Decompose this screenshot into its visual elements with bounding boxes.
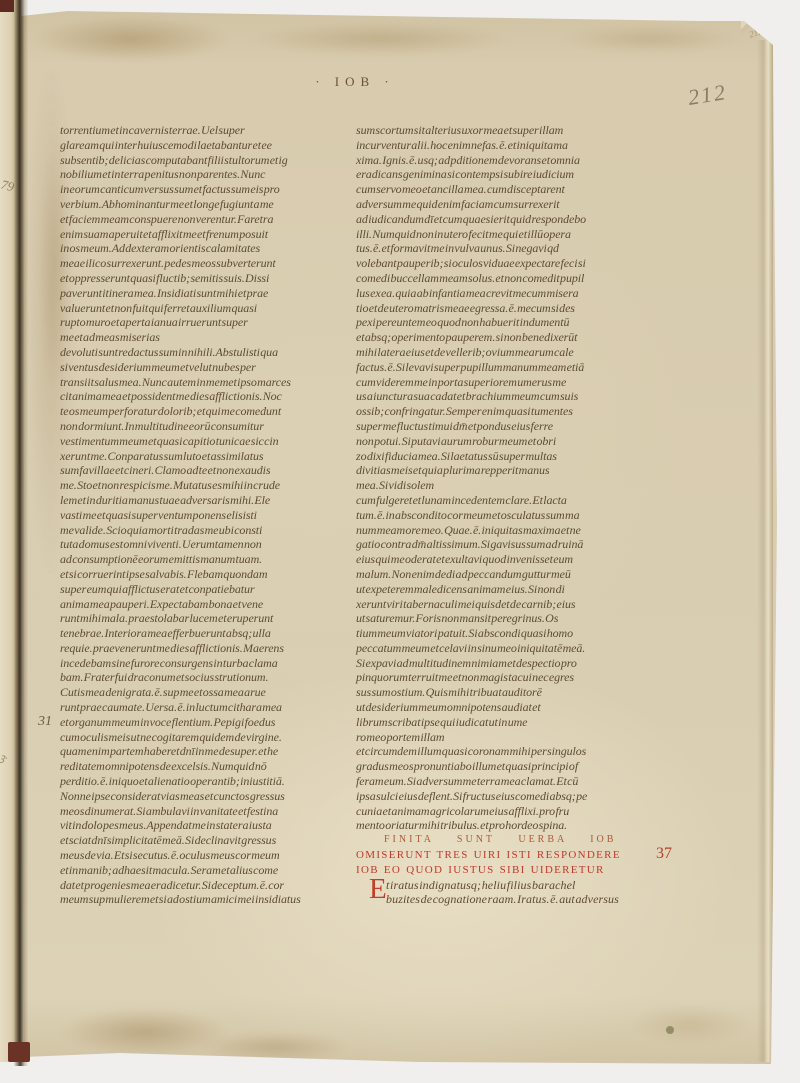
manuscript-text-line: vit in dolo pes meus. Appendat me in sta… bbox=[60, 818, 348, 833]
manuscript-text-line: valuerunt et non fuit qui ferret auxiliu… bbox=[60, 301, 348, 316]
manuscript-text-line: cit anima mea et possident me dies affli… bbox=[60, 389, 348, 404]
manuscript-page: · IOB · 212 212 31 37 torrentium et in c… bbox=[0, 0, 800, 1083]
explicit-line: FINITA SUNT UERBA IOB bbox=[356, 833, 652, 848]
manuscript-text-line: super eum qui afflictus erat et conpatie… bbox=[60, 582, 348, 597]
manuscript-text-line: meus de via. Et si secutus. ē. oculus me… bbox=[60, 848, 348, 863]
rubric-line: OMISERUNT TRES UIRI ISTI RESPONDERE bbox=[356, 848, 652, 863]
parchment-stain bbox=[200, 1032, 350, 1062]
manuscript-text-line: meos dinumerat. Si ambulavi in vanitate … bbox=[60, 804, 348, 819]
manuscript-text-line: incurventur alii. hoc enim nefas. ē. et … bbox=[356, 138, 652, 153]
manuscript-text-line: xima. Ignis. ē. usq; ad pditionem devora… bbox=[356, 153, 652, 168]
manuscript-text-line: xerunt viri tabernaculi mei quis det de … bbox=[356, 597, 652, 612]
parchment-stain bbox=[560, 24, 740, 54]
manuscript-text-line: et oppresserunt quasi fluctib; semitis s… bbox=[60, 271, 348, 286]
manuscript-text-line: ipsa sulci eius deflent. Si fructus eius… bbox=[356, 789, 652, 804]
manuscript-text-line: et faciem meam conspuere non verentur. F… bbox=[60, 212, 348, 227]
page-edge-stack bbox=[757, 40, 773, 1062]
text-column-right-body: sum scortum sit alterius uxor mea et sup… bbox=[356, 123, 652, 833]
manuscript-text-line: cum fulgeret et lunam incedentem clare. … bbox=[356, 493, 652, 508]
manuscript-text-line: buzites de cognatione raam. Iratus. ē. a… bbox=[386, 892, 652, 907]
manuscript-text-line: mento oriatur mihi tribulus. et pro hord… bbox=[356, 818, 652, 833]
running-title: · IOB · bbox=[255, 74, 455, 90]
book-spine-top bbox=[0, 0, 14, 12]
manuscript-text-line: ad consumptionē eorum emittis manum tuam… bbox=[60, 552, 348, 567]
manuscript-text-line: me valide. Scio quia morti tradas me ubi… bbox=[60, 523, 348, 538]
manuscript-text-line: cum oculis meis ut ne cogitarem quidem d… bbox=[60, 730, 348, 745]
manuscript-text-line: subsentib; delicias computabant filii st… bbox=[60, 153, 348, 168]
manuscript-text-line: transiit salus mea. Nunc autem in memet … bbox=[60, 375, 348, 390]
manuscript-text-line: tus. ē. et formavit me in vulva unus. Si… bbox=[356, 241, 652, 256]
manuscript-text-line: bam. Frater fui draconum et socius strut… bbox=[60, 670, 348, 685]
manuscript-text-line: sum favillae et cineri. Clamo ad te et n… bbox=[60, 463, 348, 478]
manuscript-text-line: te os meum perforatur dolorib; et qui me… bbox=[60, 404, 348, 419]
manuscript-text-line: us a iunctura sua cadat et brachium meum… bbox=[356, 389, 652, 404]
manuscript-text-line: comedi buccellam meam solus. et non come… bbox=[356, 271, 652, 286]
manuscript-text-line: devoluti sunt redactus sum in nihili. Ab… bbox=[60, 345, 348, 360]
manuscript-text-line: ut expeterem maledicens animam eius. Si … bbox=[356, 582, 652, 597]
manuscript-text-line: adversum me quid enim faciam cum surrexe… bbox=[356, 197, 652, 212]
book-spine-bottom bbox=[8, 1042, 30, 1062]
manuscript-text-line: meae ilico surrexerunt. pedes meos subve… bbox=[60, 256, 348, 271]
manuscript-text-line: et absq; operimento pauperem. si non ben… bbox=[356, 330, 652, 345]
manuscript-text-line: dat et progenies mea eradicetur. Si dece… bbox=[60, 878, 348, 893]
manuscript-text-line: num meam ore meo. Quae. ē. iniquitas max… bbox=[356, 523, 652, 538]
manuscript-text-line: xerunt me. Conparatus sum luto et assimi… bbox=[60, 449, 348, 464]
gutter-shadow bbox=[14, 0, 28, 1066]
manuscript-text-line: vestimentum meum et quasi capitio tunica… bbox=[60, 434, 348, 449]
manuscript-text-line: illi. Numquid non in utero fecit me qui … bbox=[356, 227, 652, 242]
manuscript-text-line: me. Sto et non respicis me. Mutatus es m… bbox=[60, 478, 348, 493]
manuscript-photo: 79 ꝫ· · IOB · 212 212 31 37 torrentium e… bbox=[0, 0, 800, 1083]
rubric-line: IOB EO QUOD IUSTUS SIBI UIDERETUR bbox=[356, 863, 652, 878]
incipit-lines: t iratus indignatusq; heliu filius barac… bbox=[386, 878, 652, 908]
manuscript-text-line: Cutis mea denigrata. ē. sup me et ossa m… bbox=[60, 685, 348, 700]
manuscript-text-line: factus. ē. Si levavi super pupillum manu… bbox=[356, 360, 652, 375]
manuscript-text-line: ut desiderium meum omnipotens audiat et bbox=[356, 700, 652, 715]
manuscript-text-line: runt mihi mala. praestolabar lucem et er… bbox=[60, 611, 348, 626]
manuscript-text-line: mea. Si vidi solem bbox=[356, 478, 652, 493]
manuscript-text-line: si ventus desiderium meum et velut nubes… bbox=[60, 360, 348, 375]
manuscript-text-line: requie. praevenerunt me dies afflictioni… bbox=[60, 641, 348, 656]
manuscript-text-line: nobilium et in terra penitus non parente… bbox=[60, 167, 348, 182]
manuscript-text-line: paverunt itinera mea. Insidiati sunt mih… bbox=[60, 286, 348, 301]
manuscript-text-line: sus sum ostium. Quis mihi tribuat audito… bbox=[356, 685, 652, 700]
decorated-initial-E: E bbox=[369, 875, 387, 904]
manuscript-text-line: ro meo portem illam bbox=[356, 730, 652, 745]
manuscript-text-line: runt prae caumate. Uersa. ē. in luctum c… bbox=[60, 700, 348, 715]
manuscript-text-line: tenebrae. Interiora mea efferbuerunt abs… bbox=[60, 626, 348, 641]
incipit-block: E t iratus indignatusq; heliu filius bar… bbox=[386, 878, 652, 908]
manuscript-text-line: perditio. ē. iniquo et alienatio operant… bbox=[60, 774, 348, 789]
manuscript-text-line: lem et in duritia manus tuae adversaris … bbox=[60, 493, 348, 508]
manuscript-text-line: quam enim partem haberet dnī in me desup… bbox=[60, 744, 348, 759]
manuscript-text-line: in os meum. Ad dexteram orientis calamit… bbox=[60, 241, 348, 256]
manuscript-text-line: reditatem omnipotens de excelsis. Numqui… bbox=[60, 759, 348, 774]
manuscript-text-line: verbium. Abhominantur me et longe fugiun… bbox=[60, 197, 348, 212]
manuscript-text-line: tio et de utero matris meae egressa. ē. … bbox=[356, 301, 652, 316]
manuscript-text-line: pinquorum terruit me et non magis tacui … bbox=[356, 670, 652, 685]
manuscript-text-line: pexi pereuntem eo quod non habuerit indu… bbox=[356, 315, 652, 330]
facing-page-mark-lower: ꝫ· bbox=[0, 749, 9, 764]
parchment-spot bbox=[666, 1026, 674, 1034]
manuscript-text-line: t iratus indignatusq; heliu filius barac… bbox=[386, 878, 652, 893]
manuscript-text-line: gradus meos pronuntiabo illum et quasi p… bbox=[356, 759, 652, 774]
text-column-left: torrentium et in cavernis terrae. Uel su… bbox=[60, 123, 348, 907]
manuscript-text-line: lus ex ea. quia ab infantia mea crevit m… bbox=[356, 286, 652, 301]
manuscript-text-line: cum viderem me in porta superiorem umeru… bbox=[356, 375, 652, 390]
manuscript-text-line: torrentium et in cavernis terrae. Uel su… bbox=[60, 123, 348, 138]
manuscript-text-line: non dormiunt. In multitudine eorū consum… bbox=[60, 419, 348, 434]
manuscript-text-line: librum scribat ipse qui iudicat ut in um… bbox=[356, 715, 652, 730]
manuscript-text-line: in eorum canticum versus sum et factus s… bbox=[60, 182, 348, 197]
manuscript-text-line: tuta domus est omni viventi. Uerumtamen … bbox=[60, 537, 348, 552]
folio-number-pencil: 212 bbox=[686, 79, 729, 111]
manuscript-text-line: sum scortum sit alterius uxor mea et sup… bbox=[356, 123, 652, 138]
manuscript-text-line: ad iudicandum dī et cum quaesierit quid … bbox=[356, 212, 652, 227]
manuscript-text-line: tium meum viatori patuit. Si abscondi qu… bbox=[356, 626, 652, 641]
manuscript-text-line: cum servo meo et ancilla mea. cum discep… bbox=[356, 182, 652, 197]
manuscript-text-line: non potui. Si putavi aurum robur meum et… bbox=[356, 434, 652, 449]
parchment-stain bbox=[250, 22, 510, 56]
manuscript-text-line: meum sup mulierem et si ad ostium amici … bbox=[60, 892, 348, 907]
manuscript-text-line: ossib; confringatur. Semper enim quasi t… bbox=[356, 404, 652, 419]
manuscript-text-line: super me fluctus timui dm̄ et pondus eiu… bbox=[356, 419, 652, 434]
rubric-block: OMISERUNT TRES UIRI ISTI RESPONDEREIOB E… bbox=[356, 848, 652, 878]
manuscript-text-line: et sciat dnī simplicitatē meā. Si declin… bbox=[60, 833, 348, 848]
manuscript-text-line: et si corruerint ipse salvabis. Flebam q… bbox=[60, 567, 348, 582]
manuscript-text-line: me et ad meas miserias bbox=[60, 330, 348, 345]
manuscript-text-line: Nonne ipse considerat vias meas et cunct… bbox=[60, 789, 348, 804]
manuscript-text-line: et organum meum in voce flentium. Pepigi… bbox=[60, 715, 348, 730]
manuscript-text-line: mihi latera eius et de vellerib; ovium m… bbox=[356, 345, 652, 360]
manuscript-text-line: malum. Non enim dedi ad peccandum guttur… bbox=[356, 567, 652, 582]
manuscript-text-line: zo dixi fiducia mea. Si laetatus sū supe… bbox=[356, 449, 652, 464]
manuscript-text-line: gatio contra dm̄ altissimum. Si gavisus … bbox=[356, 537, 652, 552]
manuscript-text-line: et circumdem illum quasi coronam mihi pe… bbox=[356, 744, 652, 759]
manuscript-text-line: et in manib; adhaesit macula. Seram et a… bbox=[60, 863, 348, 878]
manuscript-text-line: tum. ē. in abscondito cor meum et oscula… bbox=[356, 508, 652, 523]
manuscript-text-line: vasti me et quasi super ventum ponens el… bbox=[60, 508, 348, 523]
manuscript-text-line: eius qui me oderat et exultavi quod inve… bbox=[356, 552, 652, 567]
manuscript-text-line: eradicans genimina si contempsi subire i… bbox=[356, 167, 652, 182]
manuscript-text-line: rupto muro et aperta ianua irruerunt sup… bbox=[60, 315, 348, 330]
text-column-right: sum scortum sit alterius uxor mea et sup… bbox=[356, 123, 652, 907]
manuscript-text-line: peccatum meum et celavi in sinu meo iniq… bbox=[356, 641, 652, 656]
chapter-marker-37: 37 bbox=[656, 845, 672, 863]
manuscript-text-line: Si expavi ad multitudinem nimiam et desp… bbox=[356, 656, 652, 671]
parchment-stain bbox=[630, 1005, 750, 1045]
manuscript-text-line: divitias meis et quia plurima repperit m… bbox=[356, 463, 652, 478]
chapter-marker-31: 31 bbox=[38, 714, 52, 730]
manuscript-text-line: glaream qui inter huiuscemodi laetabantu… bbox=[60, 138, 348, 153]
parchment-stain bbox=[30, 16, 230, 62]
manuscript-text-line: incedebam sine furore consurgens in turb… bbox=[60, 656, 348, 671]
manuscript-text-line: ut saturemur. Foris non mansit peregrinu… bbox=[356, 611, 652, 626]
manuscript-text-line: volebant pauperib; si oculos viduae expe… bbox=[356, 256, 652, 271]
manuscript-text-line: enim suam aperuit et afflixit me et fren… bbox=[60, 227, 348, 242]
manuscript-text-line: feram eum. Si adversum me terra mea clam… bbox=[356, 774, 652, 789]
manuscript-text-line: cunia et animam agricolarum eius afflixi… bbox=[356, 804, 652, 819]
manuscript-text-line: anima mea pauperi. Expectabam bona et ve… bbox=[60, 597, 348, 612]
